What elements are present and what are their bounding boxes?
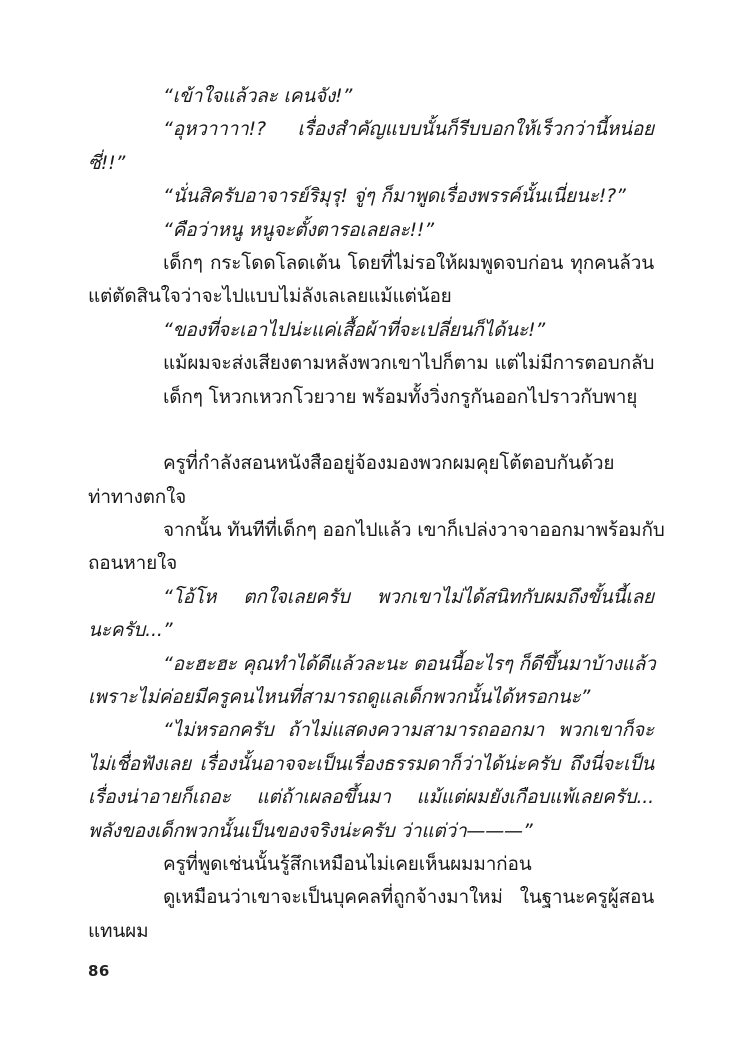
text-line: ดูเหมือนว่าเขาจะเป็นบุคคลที่ถูกจ้างมาใหม… [88,881,654,914]
page-body: “เข้าใจแล้วละ เคนจัง!” “อุหวาาาา!? เรื่อ… [88,80,654,948]
text-line: ท่าทางตกใจ [88,481,654,514]
text-line: ครูที่กำลังสอนหนังสืออยู่จ้องมองพวกผมคุย… [88,447,654,480]
text-line: นะครับ...” [88,614,654,647]
text-line: “นั่นสิครับอาจารย์ริมุรุ! จู่ๆ ก็มาพูดเร… [88,180,654,213]
text-line: “เข้าใจแล้วละ เคนจัง!” [88,80,654,113]
text-line: “ไม่หรอกครับ ถ้าไม่แสดงความสามารถออกมา พ… [88,714,654,747]
text-line: แม้ผมจะส่งเสียงตามหลังพวกเขาไปก็ตาม แต่ไ… [88,347,654,380]
text-line: “คือว่าหนู หนูจะตั้งตารอเลยละ!!” [88,214,654,247]
text-line: ครูที่พูดเช่นนั้นรู้สึกเหมือนไม่เคยเห็นผ… [88,848,654,881]
text-line: เรื่องน่าอายก็เถอะ แต่ถ้าเผลอขึ้นมา แม้แ… [88,781,654,814]
text-line: แทนผม [88,915,654,948]
text-line: ถอนหายใจ [88,547,654,580]
text-line: “โอ้โห ตกใจเลยครับ พวกเขาไม่ได้สนิทกับผม… [88,581,654,614]
text-line: แต่ตัดสินใจว่าจะไปแบบไม่ลังเลเลยแม้แต่น้… [88,280,654,313]
text-line: ซี่!!” [88,147,654,180]
text-line: ไม่เชื่อฟังเลย เรื่องนั้นอาจจะเป็นเรื่อง… [88,748,654,781]
text-line: จากนั้น ทันทีที่เด็กๆ ออกไปแล้ว เขาก็เปล… [88,514,654,547]
text-line: พลังของเด็กพวกนั้นเป็นของจริงน่ะครับ ว่า… [88,815,654,848]
text-line: “ของที่จะเอาไปน่ะแค่เสื้อผ้าที่จะเปลี่ยน… [88,314,654,347]
text-line: เด็กๆ โหวกเหวกโวยวาย พร้อมทั้งวิ่งกรูกัน… [88,381,654,414]
text-line: “อุหวาาาา!? เรื่องสำคัญแบบนั้นก็รีบบอกให… [88,113,654,146]
blank-line [88,414,654,447]
text-line: “อะฮะฮะ คุณทำได้ดีแล้วละนะ ตอนนี้อะไรๆ ก… [88,648,654,681]
text-line: เด็กๆ กระโดดโลดเต้น โดยที่ไม่รอให้ผมพูดจ… [88,247,654,280]
text-line: เพราะไม่ค่อยมีครูคนไหนที่สามารถดูแลเด็กพ… [88,681,654,714]
page-number: 86 [88,962,110,980]
